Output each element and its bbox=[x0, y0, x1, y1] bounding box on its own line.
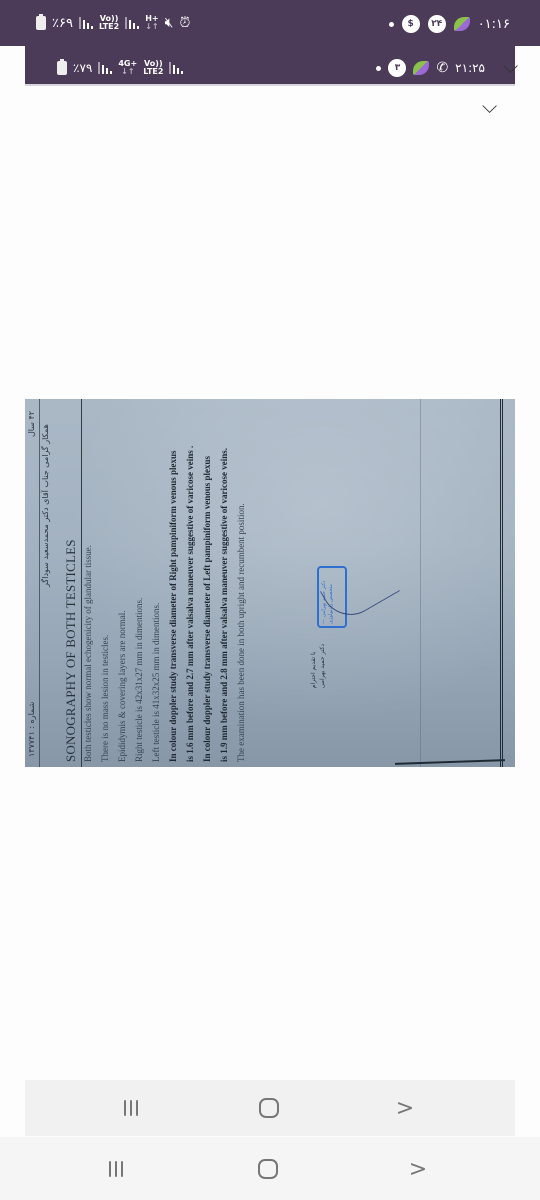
status-left: ٪۶۹ Vo))LTE2 H+↓↑ 🔇︎ ⏰︎ bbox=[36, 15, 190, 31]
report-line: Both testicles show normal echogenicity … bbox=[83, 545, 93, 762]
signature-caption: با تقدیم احترام دکتر حمید بهرامی bbox=[309, 644, 327, 688]
clock: ۰۱:۱۶ bbox=[478, 17, 510, 32]
report-number: شماره : ۱۳۷۷۴۱ bbox=[27, 702, 36, 757]
signal-icon bbox=[98, 62, 112, 74]
report-line: Right testicle is 42x31x27 mm in dimenti… bbox=[134, 598, 144, 762]
leaf-app-icon bbox=[454, 17, 470, 31]
document-image[interactable]: شماره : ۱۳۷۷۴۱ ۴۲ سال همکار گرامی جناب آ… bbox=[25, 399, 515, 767]
screen: ٪۶۹ Vo))LTE2 H+↓↑ 🔇︎ ⏰︎ $ ۲۴ ۰۱:۱۶ ٪۷۹ 4… bbox=[0, 0, 540, 1200]
notification-dot-icon bbox=[389, 22, 394, 27]
battery-icon bbox=[36, 16, 46, 30]
patient-age: ۴۲ سال bbox=[27, 411, 36, 437]
signal-icon-2 bbox=[125, 17, 139, 29]
report-finding: is 1.9 mm before and 2.8 mm after valsal… bbox=[219, 448, 229, 762]
report-title: SONOGRAPHY OF BOTH TESTICLES bbox=[63, 539, 79, 762]
back-icon[interactable]: > bbox=[395, 1094, 415, 1122]
report-text: شماره : ۱۳۷۷۴۱ ۴۲ سال همکار گرامی جناب آ… bbox=[25, 399, 515, 767]
status-right: $ ۲۴ ۰۱:۱۶ bbox=[389, 15, 510, 33]
money-bag-icon: $ bbox=[402, 15, 420, 33]
home-icon[interactable] bbox=[259, 1098, 279, 1118]
alarm-icon: ⏰︎ bbox=[179, 16, 190, 30]
chevron-down-icon[interactable]: ⌵ bbox=[503, 56, 518, 76]
signal-icon-2 bbox=[169, 62, 183, 74]
volume-mute-icon: 🔇︎ bbox=[165, 16, 174, 30]
status-bar: ٪۶۹ Vo))LTE2 H+↓↑ 🔇︎ ⏰︎ $ ۲۴ ۰۱:۱۶ bbox=[0, 0, 540, 46]
signal-icon bbox=[79, 17, 93, 29]
battery-icon bbox=[57, 61, 67, 75]
home-icon[interactable] bbox=[258, 1159, 278, 1179]
report-closing: The examination has been done in both up… bbox=[236, 503, 246, 762]
notification-badge: ۳ bbox=[388, 59, 406, 77]
navigation-bar: > bbox=[0, 1137, 540, 1200]
clock: ۲۱:۲۵ bbox=[455, 61, 485, 75]
notification-dot-icon bbox=[376, 66, 381, 71]
volte-icon: Vo))LTE2 bbox=[99, 15, 119, 31]
back-icon[interactable]: > bbox=[408, 1155, 428, 1183]
nested-status-left: ٪۷۹ 4G+↓↑ Vo))LTE2 bbox=[57, 60, 183, 76]
report-finding: is 1.6 mm before and 2.7 mm after valsal… bbox=[185, 446, 195, 762]
nested-navigation-bar: > bbox=[25, 1080, 515, 1136]
hplus-icon: H+↓↑ bbox=[145, 15, 158, 31]
recents-icon[interactable] bbox=[121, 1098, 141, 1118]
leaf-app-icon bbox=[413, 61, 429, 75]
recents-icon[interactable] bbox=[106, 1159, 126, 1179]
report-line: Epididymis & covering layers are normal. bbox=[117, 611, 127, 762]
chevron-down-icon[interactable]: ⌵ bbox=[482, 96, 497, 116]
report-finding: In colour doppler study transverse diame… bbox=[168, 450, 178, 762]
notification-badge: ۲۴ bbox=[428, 15, 446, 33]
report-line: There is no mass lesion in testicles. bbox=[100, 635, 110, 762]
volte-icon: Vo))LTE2 bbox=[143, 60, 163, 76]
nested-status-right: ۳ ✆ ۲۱:۲۵ bbox=[376, 59, 485, 77]
nested-status-bar: ٪۷۹ 4G+↓↑ Vo))LTE2 ۳ ✆ ۲۱:۲۵ bbox=[25, 46, 515, 86]
report-recipient: همکار گرامی جناب آقای دکتر محمدسعید سودا… bbox=[41, 424, 50, 587]
whatsapp-icon: ✆ bbox=[436, 61, 448, 75]
report-finding: In colour doppler study transverse diame… bbox=[202, 456, 212, 762]
report-line: Left testicle is 41x32x25 mm in dimentio… bbox=[151, 603, 161, 762]
4g-icon: 4G+↓↑ bbox=[118, 60, 137, 76]
battery-percent: ٪۶۹ bbox=[52, 16, 73, 31]
battery-percent: ٪۷۹ bbox=[73, 61, 92, 75]
